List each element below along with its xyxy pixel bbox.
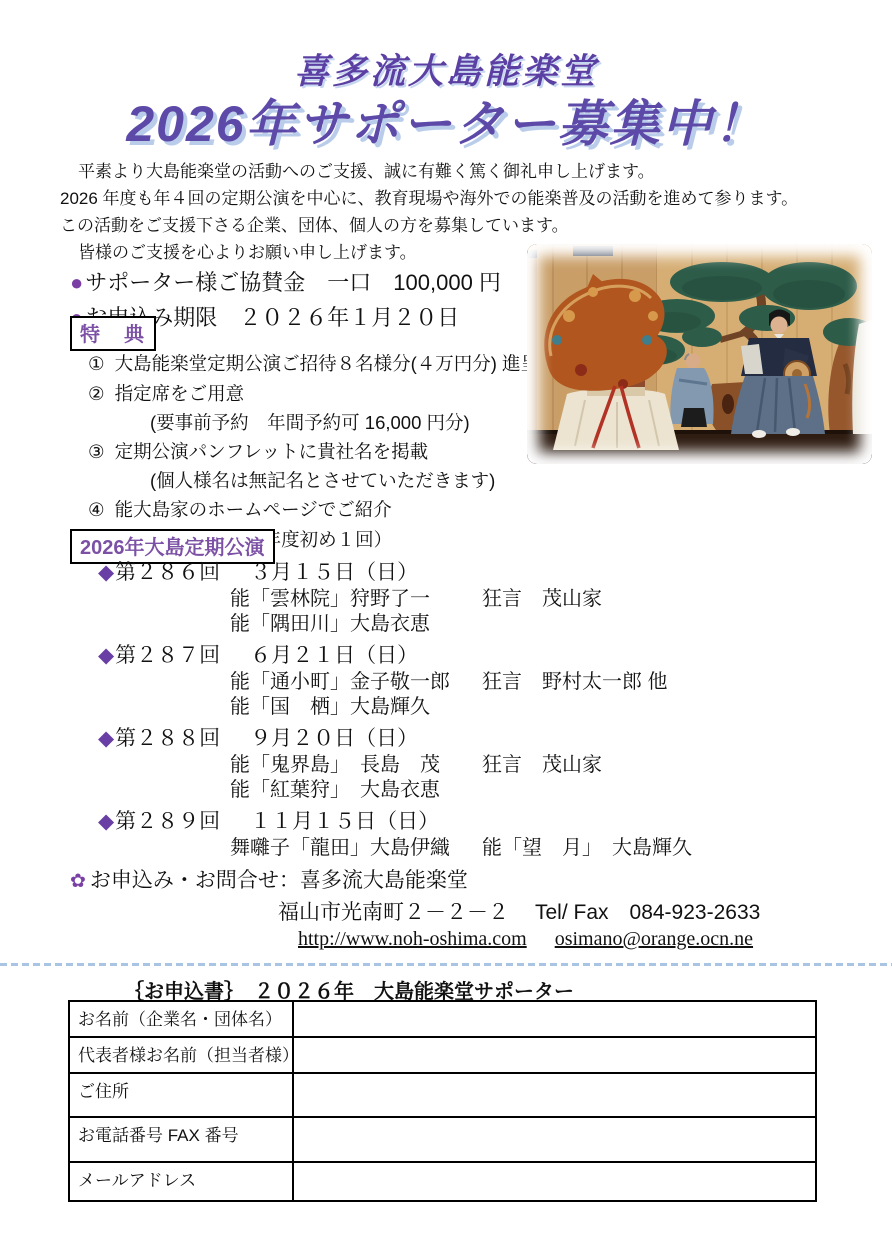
form-field-phone-fax	[293, 1117, 816, 1162]
sponsorship-fee-line: ●サポーター様ご協賛金 一口 100,000 円	[70, 265, 501, 300]
program-left: 舞囃子「龍田」大島伊織	[230, 836, 482, 861]
form-field-email	[293, 1162, 816, 1201]
email-link[interactable]: osimano@orange.ocn.ne	[555, 928, 753, 950]
diamond-icon: ◆	[98, 727, 114, 750]
program-right: 狂言 茂山家	[482, 588, 602, 610]
performance-program: 能「紅葉狩」 大島衣恵	[230, 778, 692, 803]
benefits-heading: 特 典	[70, 316, 156, 351]
performance-round: 第２８８回	[115, 727, 220, 750]
bullet-icon: ●	[70, 270, 83, 295]
table-row: 代表者様お名前（担当者様）	[69, 1037, 816, 1073]
performance-program: 舞囃子「龍田」大島伊織能「望 月」 大島輝久	[230, 836, 692, 861]
form-label-name: お名前（企業名・団体名）	[69, 1001, 293, 1037]
program-left: 能「紅葉狩」 大島衣恵	[230, 778, 482, 803]
benefit-item: ③定期公演パンフレットに貴社名を掲載	[88, 437, 539, 467]
benefits-list: ①大島能楽堂定期公演ご招待８名様分(４万円分) 進呈 ②指定席をご用意 (要事前…	[88, 349, 539, 555]
benefit-text: 能大島家のホームページでご紹介	[115, 499, 392, 520]
benefit-text: 定期公演パンフレットに貴社名を掲載	[115, 441, 429, 462]
contact-heading: お申込み・お問合せ：喜多流大島能楽堂	[90, 869, 468, 892]
application-form-table: お名前（企業名・団体名） 代表者様お名前（担当者様） ご住所 お電話番号 FAX…	[68, 1000, 817, 1202]
noh-performance-photo	[527, 244, 872, 464]
contact-heading-line: ✿お申込み・お問合せ：喜多流大島能楽堂	[70, 864, 468, 894]
performance-header: ◆第２８９回１１月１５日（日）	[98, 807, 692, 836]
intro-line-1: 平素より大島能楽堂の活動へのご支援、誠に有難く篤く御礼申し上げます。	[60, 158, 880, 185]
cut-line	[0, 963, 892, 966]
diamond-icon: ◆	[98, 561, 114, 584]
program-right: 能「望 月」 大島輝久	[482, 837, 692, 859]
form-label-address: ご住所	[69, 1073, 293, 1117]
table-row: お名前（企業名・団体名）	[69, 1001, 816, 1037]
table-row: ご住所	[69, 1073, 816, 1117]
program-right: 狂言 野村太一郎 他	[482, 671, 668, 693]
program-left: 能「鬼界島」 長島 茂	[230, 753, 482, 778]
form-field-name	[293, 1001, 816, 1037]
performance-program: 能「国 栖」大島輝久	[230, 695, 692, 720]
website-link[interactable]: http://www.noh-oshima.com	[298, 928, 527, 950]
intro-line-3: この活動をご支援下さる企業、団体、個人の方を募集しています。	[60, 212, 880, 239]
benefit-note: (要事前予約 年間予約可 16,000 円分)	[150, 409, 539, 437]
benefit-item: ①大島能楽堂定期公演ご招待８名様分(４万円分) 進呈	[88, 349, 539, 379]
form-field-address	[293, 1073, 816, 1117]
performance-header: ◆第２８６回３月１５日（日）	[98, 558, 692, 587]
program-left: 能「国 栖」大島輝久	[230, 695, 482, 720]
performance-round: 第２８７回	[115, 644, 220, 667]
recruiting-headline: 2026年サポーター募集中！	[0, 84, 892, 156]
program-left: 能「通小町」金子敬一郎	[230, 670, 482, 695]
circled-number: ②	[88, 383, 105, 404]
table-row: メールアドレス	[69, 1162, 816, 1201]
form-label-representative: 代表者様お名前（担当者様）	[69, 1037, 293, 1073]
program-right: 狂言 茂山家	[482, 754, 602, 776]
performance-schedule: ◆第２８６回３月１５日（日） 能「雲林院」狩野了一狂言 茂山家 能「隅田川」大島…	[98, 558, 692, 861]
flower-icon: ✿	[70, 871, 86, 892]
program-left: 能「雲林院」狩野了一	[230, 587, 482, 612]
flyer-page: 喜多流大島能楽堂 2026年サポーター募集中！ 平素より大島能楽堂の活動へのご支…	[0, 0, 892, 1240]
sponsorship-fee-text: サポーター様ご協賛金 一口 100,000 円	[85, 270, 501, 295]
diamond-icon: ◆	[98, 810, 114, 833]
circled-number: ④	[88, 499, 105, 520]
contact-telfax: Tel/ Fax 084-923-2633	[535, 901, 760, 924]
benefit-note: (個人様名は無記名とさせていただきます)	[150, 467, 539, 495]
contact-address: 福山市光南町２－２－２	[278, 901, 509, 924]
intro-line-2: 2026 年度も年４回の定期公演を中心に、教育現場や海外での能楽普及の活動を進め…	[60, 185, 880, 212]
performance-program: 能「雲林院」狩野了一狂言 茂山家	[230, 587, 692, 612]
table-row: お電話番号 FAX 番号	[69, 1117, 816, 1162]
benefit-item: ④能大島家のホームページでご紹介	[88, 495, 539, 525]
diamond-icon: ◆	[98, 644, 114, 667]
form-field-representative	[293, 1037, 816, 1073]
form-label-phone-fax: お電話番号 FAX 番号	[69, 1117, 293, 1162]
form-label-email: メールアドレス	[69, 1162, 293, 1201]
circled-number: ③	[88, 441, 105, 462]
performance-date: ９月２０日（日）	[250, 727, 418, 750]
contact-address-line: 福山市光南町２－２－２Tel/ Fax 084-923-2633	[278, 896, 760, 926]
performance-round: 第２８９回	[115, 810, 220, 833]
performance-date: １１月１５日（日）	[250, 810, 439, 833]
performance-header: ◆第２８８回９月２０日（日）	[98, 724, 692, 753]
contact-links-line: http://www.noh-oshima.comosimano@orange.…	[298, 928, 753, 951]
benefit-item: ②指定席をご用意	[88, 379, 539, 409]
program-left: 能「隅田川」大島衣恵	[230, 612, 482, 637]
benefit-text: 大島能楽堂定期公演ご招待８名様分(４万円分) 進呈	[115, 353, 539, 374]
circled-number: ①	[88, 353, 105, 374]
performance-date: ６月２１日（日）	[250, 644, 418, 667]
benefit-text: 指定席をご用意	[115, 383, 245, 404]
performance-date: ３月１５日（日）	[250, 561, 418, 584]
performance-program: 能「鬼界島」 長島 茂狂言 茂山家	[230, 753, 692, 778]
performance-program: 能「通小町」金子敬一郎狂言 野村太一郎 他	[230, 670, 692, 695]
performance-header: ◆第２８７回６月２１日（日）	[98, 641, 692, 670]
performance-program: 能「隅田川」大島衣恵	[230, 612, 692, 637]
performance-round: 第２８６回	[115, 561, 220, 584]
